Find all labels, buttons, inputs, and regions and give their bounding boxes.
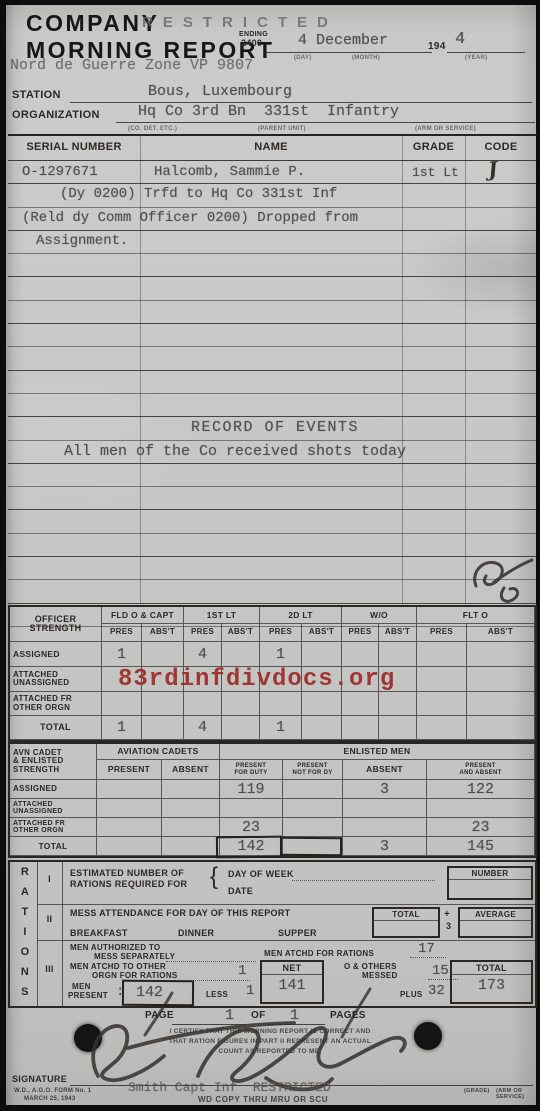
entry-code-handwritten: J [487, 157, 499, 182]
officer-total-cell [467, 716, 535, 740]
form-title-company: COMPANY [26, 10, 159, 37]
enlisted-total-cell [162, 837, 220, 856]
cadets-present-header: PRESENT [97, 760, 162, 780]
day-of-week-label: DAY OF WEEK [228, 870, 294, 879]
roster-divider-code [465, 134, 466, 604]
mess-total-box: TOTAL [372, 907, 440, 938]
blank-ruled-row [8, 254, 537, 277]
date-underline [264, 52, 432, 53]
watermark-text: 83rdinfdivdocs.org [118, 666, 395, 693]
officer-assigned-cell [467, 642, 535, 667]
officer-total-cell [142, 716, 184, 740]
roster-entry-line4: Assignment. [8, 231, 537, 254]
brace-glyph: { [210, 863, 218, 891]
month-label: (MONTH) [352, 55, 380, 61]
station-label: STATION [12, 90, 61, 102]
enlisted-strength-title: AVN CADET& ENLISTEDSTRENGTH [10, 744, 97, 780]
enlisted-assigned-cell: 3 [343, 780, 427, 799]
enlisted-att-unassigned-cell [97, 799, 162, 818]
pres-header: PRES [102, 624, 142, 642]
entry-remark-3: Assignment. [36, 234, 128, 248]
net-label: NET [262, 962, 322, 975]
divide-sign-bottom: 3 [446, 922, 451, 931]
present-for-duty-header: PRESENTFOR DUTY [220, 760, 283, 780]
rations-hline-2 [37, 940, 535, 941]
others-messed-label-2: MESSED [362, 972, 398, 980]
men-atchd-rations-value: 17 [418, 942, 435, 956]
year-underline [447, 52, 525, 53]
day-of-week-line [292, 880, 435, 881]
blank-ruled-row [8, 324, 537, 347]
initials-handwriting [466, 556, 536, 604]
org-sublabel-co-det: (CO. DET. ETC.) [128, 126, 177, 132]
enlisted-assigned-cell [283, 780, 343, 799]
officer-total-cell: 1 [102, 716, 142, 740]
officer-att-other-cell [142, 692, 184, 716]
dinner-label: DINNER [178, 929, 214, 938]
form-date: MARCH 25, 1943 [24, 1096, 76, 1102]
enlisted-assigned-cell [162, 780, 220, 799]
rations-total-value: 173 [452, 978, 531, 993]
officer-att-other-cell [102, 692, 142, 716]
col-group-wo: W/O [342, 607, 417, 624]
enlisted-assigned-cell [97, 780, 162, 799]
plus-label: PLUS [400, 991, 423, 999]
record-of-events-entry-row: All men of the Co received shots today [8, 441, 537, 464]
atchd-other-value: 1 [238, 964, 246, 978]
rations-divider-2 [62, 862, 63, 1006]
enlisted-total-cell: 145 [427, 837, 535, 856]
col-group-enlisted-men: ENLISTED MEN [220, 744, 535, 760]
date-value: 4 December [298, 33, 388, 48]
blank-ruled-row [8, 534, 537, 557]
roster-divider-serial [140, 134, 141, 604]
blank-ruled-row [8, 394, 537, 417]
form-number: W.D., A.G.O. FORM No. 1 [14, 1088, 91, 1094]
entry-grade: 1st Lt [412, 166, 459, 179]
officer-assigned-cell [379, 642, 417, 667]
enlisted-att-other-cell [162, 818, 220, 837]
number-box-label: NUMBER [449, 868, 531, 880]
officer-total-cell: 1 [260, 716, 302, 740]
day-label: (DAY) [294, 55, 312, 61]
officer-total-cell [342, 716, 379, 740]
abst-header: ABS'T [302, 624, 342, 642]
officer-assigned-cell [222, 642, 260, 667]
officer-assigned-cell: 4 [184, 642, 222, 667]
mess-attendance-label: MESS ATTENDANCE FOR DAY OF THIS REPORT [70, 909, 290, 918]
blank-ruled-row [8, 371, 537, 394]
officer-assigned-cell: 1 [260, 642, 302, 667]
officer-att-other-cell [260, 692, 302, 716]
rations-hline-1 [37, 904, 535, 905]
rations-letter: R [18, 867, 32, 879]
roster-table: SERIAL NUMBER NAME GRADE CODE O-1297671 … [8, 134, 537, 604]
year-label: (YEAR) [465, 55, 487, 61]
row-label-total: TOTAL [10, 716, 102, 740]
present-not-for-duty-header: PRESENTNOT FOR DY [283, 760, 343, 780]
officer-att-other-cell [417, 692, 467, 716]
organization-label: ORGANIZATION [12, 110, 100, 122]
average-box: AVERAGE [458, 907, 533, 938]
enlisted-att-other-cell [283, 818, 343, 837]
year-value: 4 [455, 31, 465, 48]
officer-att-other-cell [342, 692, 379, 716]
roster-header-row: SERIAL NUMBER NAME GRADE CODE [8, 134, 537, 161]
scanned-morning-report: COMPANY RESTRICTED MORNING REPORT ENDING… [0, 0, 540, 1111]
mess-total-label: TOTAL [374, 909, 438, 921]
enlisted-att-unassigned-cell [220, 799, 283, 818]
section-numeral-iii: III [37, 965, 62, 974]
org-sublabel-arm-service: (ARM OR SERVICE) [415, 126, 476, 132]
rations-letter: N [18, 967, 32, 979]
col-group-flt-o: FLT O [417, 607, 535, 624]
enlisted-assigned-cell: 122 [427, 780, 535, 799]
roster-divider-grade [402, 134, 403, 604]
enlisted-att-other-cell: 23 [427, 818, 535, 837]
enlisted-total-cell [97, 837, 162, 856]
roster-entry-line2: (Dy 0200) Trfd to Hq Co 331st Inf [8, 184, 537, 207]
roster-entry-row: O-1297671 Halcomb, Sammie P. 1st Lt J [8, 161, 537, 184]
others-messed-value: 15 [432, 964, 449, 978]
entry-name: Halcomb, Sammie P. [154, 165, 305, 179]
officer-att-unassigned-cell [417, 667, 467, 692]
organization-underline [116, 122, 535, 123]
row-label-attached-unassigned: ATTACHEDUNASSIGNED [10, 667, 102, 692]
rations-letter: S [18, 987, 32, 999]
men-authorized-label-2: MESS SEPARATELY [94, 953, 175, 961]
enlisted-att-unassigned-cell [427, 799, 535, 818]
blank-ruled-row [8, 487, 537, 510]
officer-assigned-cell: 1 [102, 642, 142, 667]
rations-letter: I [18, 927, 32, 939]
pres-header: PRES [342, 624, 379, 642]
rations-letter: A [18, 887, 32, 899]
officer-att-other-cell [184, 692, 222, 716]
officer-total-cell: 4 [184, 716, 222, 740]
officer-assigned-cell [342, 642, 379, 667]
row-label-attached-fr-other: ATTACHED FROTHER ORGN [10, 692, 102, 716]
entry-serial: O-1297671 [22, 165, 98, 179]
pres-header: PRES [417, 624, 467, 642]
blank-ruled-row [8, 277, 537, 300]
abst-header: ABS'T [467, 624, 535, 642]
rations-letter: T [18, 907, 32, 919]
enlisted-att-other-cell [97, 818, 162, 837]
record-of-events-entry: All men of the Co received shots today [64, 444, 406, 459]
men-present-label-2: PRESENT [68, 992, 108, 1000]
roster-entry-line3: (Reld dy Comm Officer 0200) Dropped from [8, 208, 537, 231]
grade-header: GRADE [402, 142, 465, 154]
number-box: NUMBER [447, 866, 533, 900]
officer-strength-title: OFFICER STRENGTH [10, 607, 102, 642]
record-of-events-title-row: RECORD OF EVENTS [8, 417, 537, 440]
enlisted-att-unassigned-cell [162, 799, 220, 818]
rations-total-box: TOTAL 173 [450, 960, 533, 1004]
mess-separately-line [166, 961, 256, 962]
pres-header: PRES [184, 624, 222, 642]
section-numeral-i: I [37, 875, 62, 884]
officer-att-other-cell [379, 692, 417, 716]
entry-remark-1: (Dy 0200) Trfd to Hq Co 331st Inf [60, 187, 337, 201]
pres-header: PRES [260, 624, 302, 642]
officer-att-other-cell [222, 692, 260, 716]
blank-ruled-row [8, 580, 537, 603]
men-atchd-rations-line [410, 957, 446, 958]
officer-assigned-cell [142, 642, 184, 667]
officer-assigned-cell [417, 642, 467, 667]
blank-ruled-row [8, 347, 537, 370]
rations-letter: O [18, 947, 32, 959]
divide-sign-top: + [444, 910, 450, 921]
typed-signature: Smith Capt Inf RESTRICTED [128, 1081, 331, 1094]
serial-number-header: SERIAL NUMBER [8, 142, 140, 154]
officer-att-other-cell [302, 692, 342, 716]
enlisted-att-unassigned-cell [283, 799, 343, 818]
officer-total-cell [379, 716, 417, 740]
cadets-absent-header: ABSENT [162, 760, 220, 780]
station-value: Bous, Luxembourg [148, 84, 292, 99]
section-numeral-ii: II [37, 915, 62, 924]
col-group-fldo-capt: FLD O & CAPT [102, 607, 184, 624]
officer-att-unassigned-cell [467, 667, 535, 692]
signature-label: SIGNATURE [12, 1075, 67, 1084]
record-of-events-title: RECORD OF EVENTS [148, 420, 402, 435]
blank-ruled-row [8, 557, 537, 580]
col-group-aviation-cadets: AVIATION CADETS [97, 744, 220, 760]
entry-remark-2: (Reld dy Comm Officer 0200) Dropped from [22, 211, 358, 225]
enlisted-att-other-cell: 23 [220, 818, 283, 837]
officer-att-other-cell [467, 692, 535, 716]
row-label-assigned: ASSIGNED [10, 642, 102, 667]
plus-value: 32 [428, 984, 445, 998]
officer-total-cell [417, 716, 467, 740]
officer-total-cell [302, 716, 342, 740]
ending-time: 2400 [241, 39, 262, 48]
year-prefix: 194 [428, 42, 446, 53]
hand-drawn-box-empty [280, 837, 342, 856]
abst-header: ABS'T [222, 624, 260, 642]
present-and-absent-header: PRESENTAND ABSENT [427, 760, 535, 780]
organization-value: Hq Co 3rd Bn 331st Infantry [138, 104, 399, 119]
blank-ruled-row [8, 464, 537, 487]
absent-header: ABSENT [343, 760, 427, 780]
men-atchd-rations-label: MEN ATCHD FOR RATIONS [264, 950, 374, 958]
wd-copy-line: WD COPY THRU MRU OR SCU [198, 1096, 328, 1104]
enlisted-att-other-cell [343, 818, 427, 837]
grade-sublabel: (GRADE) [464, 1089, 490, 1095]
arm-service-sublabel: (ARM OR SERVICE) [496, 1089, 540, 1101]
col-group-2d-lt: 2D LT [260, 607, 342, 624]
hand-drawn-box-142 [216, 836, 282, 859]
org-sublabel-parent-unit: (PARENT UNIT) [258, 126, 306, 132]
grid-coordinates-line: Nord de Guerre Zone VP 9807 [10, 58, 253, 73]
abst-header: ABS'T [379, 624, 417, 642]
row-label-assigned: ASSIGNED [10, 780, 97, 799]
date-label: DATE [228, 887, 253, 896]
enlisted-total-cell: 3 [343, 837, 427, 856]
row-label-attached-fr-other: ATTACHED FROTHER ORGN [10, 818, 97, 837]
name-header: NAME [140, 142, 402, 154]
row-label-total: TOTAL [10, 837, 97, 856]
rations-total-label: TOTAL [452, 962, 531, 975]
row-label-attached-unassigned: ATTACHEDUNASSIGNED [10, 799, 97, 818]
officer-assigned-cell [302, 642, 342, 667]
code-header: CODE [465, 142, 537, 154]
enlisted-att-unassigned-cell [343, 799, 427, 818]
blank-ruled-row [8, 510, 537, 533]
blank-ruled-row [8, 301, 537, 324]
enlisted-assigned-cell: 119 [220, 780, 283, 799]
average-label: AVERAGE [460, 909, 531, 921]
restricted-stamp-top: RESTRICTED [142, 14, 338, 31]
rations-est-label-1: ESTIMATED NUMBER OF [70, 869, 184, 878]
officer-total-cell [222, 716, 260, 740]
supper-label: SUPPER [278, 929, 317, 938]
abst-header: ABS'T [142, 624, 184, 642]
col-group-1st-lt: 1ST LT [184, 607, 260, 624]
breakfast-label: BREAKFAST [70, 929, 128, 938]
rations-est-label-2: RATIONS REQUIRED FOR [70, 880, 187, 889]
